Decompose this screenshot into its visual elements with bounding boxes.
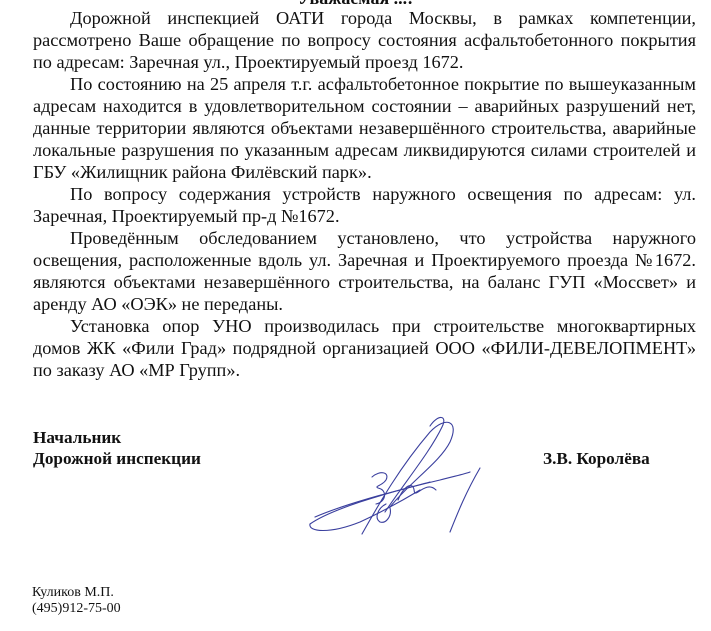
letter-body: Дорожной инспекцией ОАТИ города Москвы, … xyxy=(33,7,696,381)
signer-name: З.В. Королёва xyxy=(543,448,650,469)
paragraph-lighting-findings: Проведённым обследованием установлено, ч… xyxy=(33,227,696,315)
paragraph-lighting-question: По вопросу содержания устройств наружног… xyxy=(33,183,696,227)
paragraph-request: Дорожной инспекцией ОАТИ города Москвы, … xyxy=(33,7,696,73)
executor-info: Куликов М.П. (495)912-75-00 xyxy=(32,585,121,617)
document-page: Уважаемая ...! Дорожной инспекцией ОАТИ … xyxy=(0,0,711,631)
handwritten-signature-icon xyxy=(290,412,490,537)
paragraph-road-condition: По состоянию на 25 апреля т.г. асфальтоб… xyxy=(33,73,696,183)
cutoff-heading: Уважаемая ...! xyxy=(0,0,711,7)
paragraph-installation: Установка опор УНО производилась при стр… xyxy=(33,315,696,381)
executor-name: Куликов М.П. xyxy=(32,585,121,601)
executor-phone: (495)912-75-00 xyxy=(32,601,121,617)
